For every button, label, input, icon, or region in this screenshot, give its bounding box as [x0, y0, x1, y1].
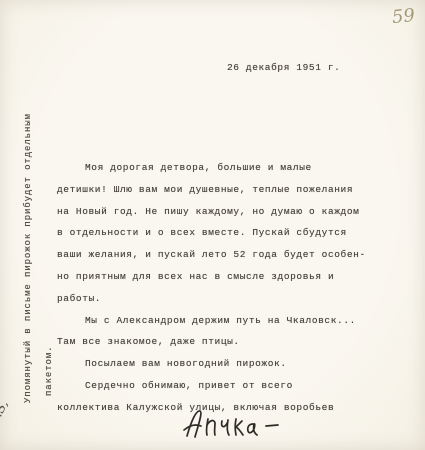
signature-handwriting	[180, 406, 298, 449]
signature-strokes	[180, 406, 298, 444]
margin-note-line1: Упомянутый в письме пирожок прибудет отд…	[23, 113, 33, 403]
letter-line: но приятным для всех нас в смысле здоров…	[57, 266, 407, 288]
letter-date: 26 декабря 1951 г.	[227, 62, 340, 73]
handwritten-ps-label: P.S,	[0, 398, 12, 425]
letter-line: Сердечно обнимаю, привет от всего	[57, 375, 407, 397]
letter-line: в отдельности и о всех вместе. Пускай сб…	[57, 222, 407, 244]
letter-line: Мы с Александром держим путь на Чкаловск…	[57, 310, 407, 332]
scanned-letter-page: 59 26 декабря 1951 г. Моя дорогая детвор…	[0, 0, 425, 450]
letter-line: детишки! Шлю вам мои душевные, теплые по…	[57, 179, 407, 201]
handwritten-page-number: 59	[391, 5, 416, 28]
letter-line: ваши желания, и пускай лето 52 года буде…	[57, 244, 407, 266]
letter-body: Моя дорогая детвора, большие и малые дет…	[57, 157, 407, 419]
margin-note-line2: пакетом.	[44, 346, 54, 396]
letter-line: Там все знакомое, даже птицы.	[57, 331, 407, 353]
letter-line: Посылаем вам новогодний пирожок.	[57, 353, 407, 375]
letter-line: Моя дорогая детвора, большие и малые	[57, 157, 407, 179]
letter-line: работы.	[57, 288, 407, 310]
letter-line: на Новый год. Не пишу каждому, но думаю …	[57, 201, 407, 223]
